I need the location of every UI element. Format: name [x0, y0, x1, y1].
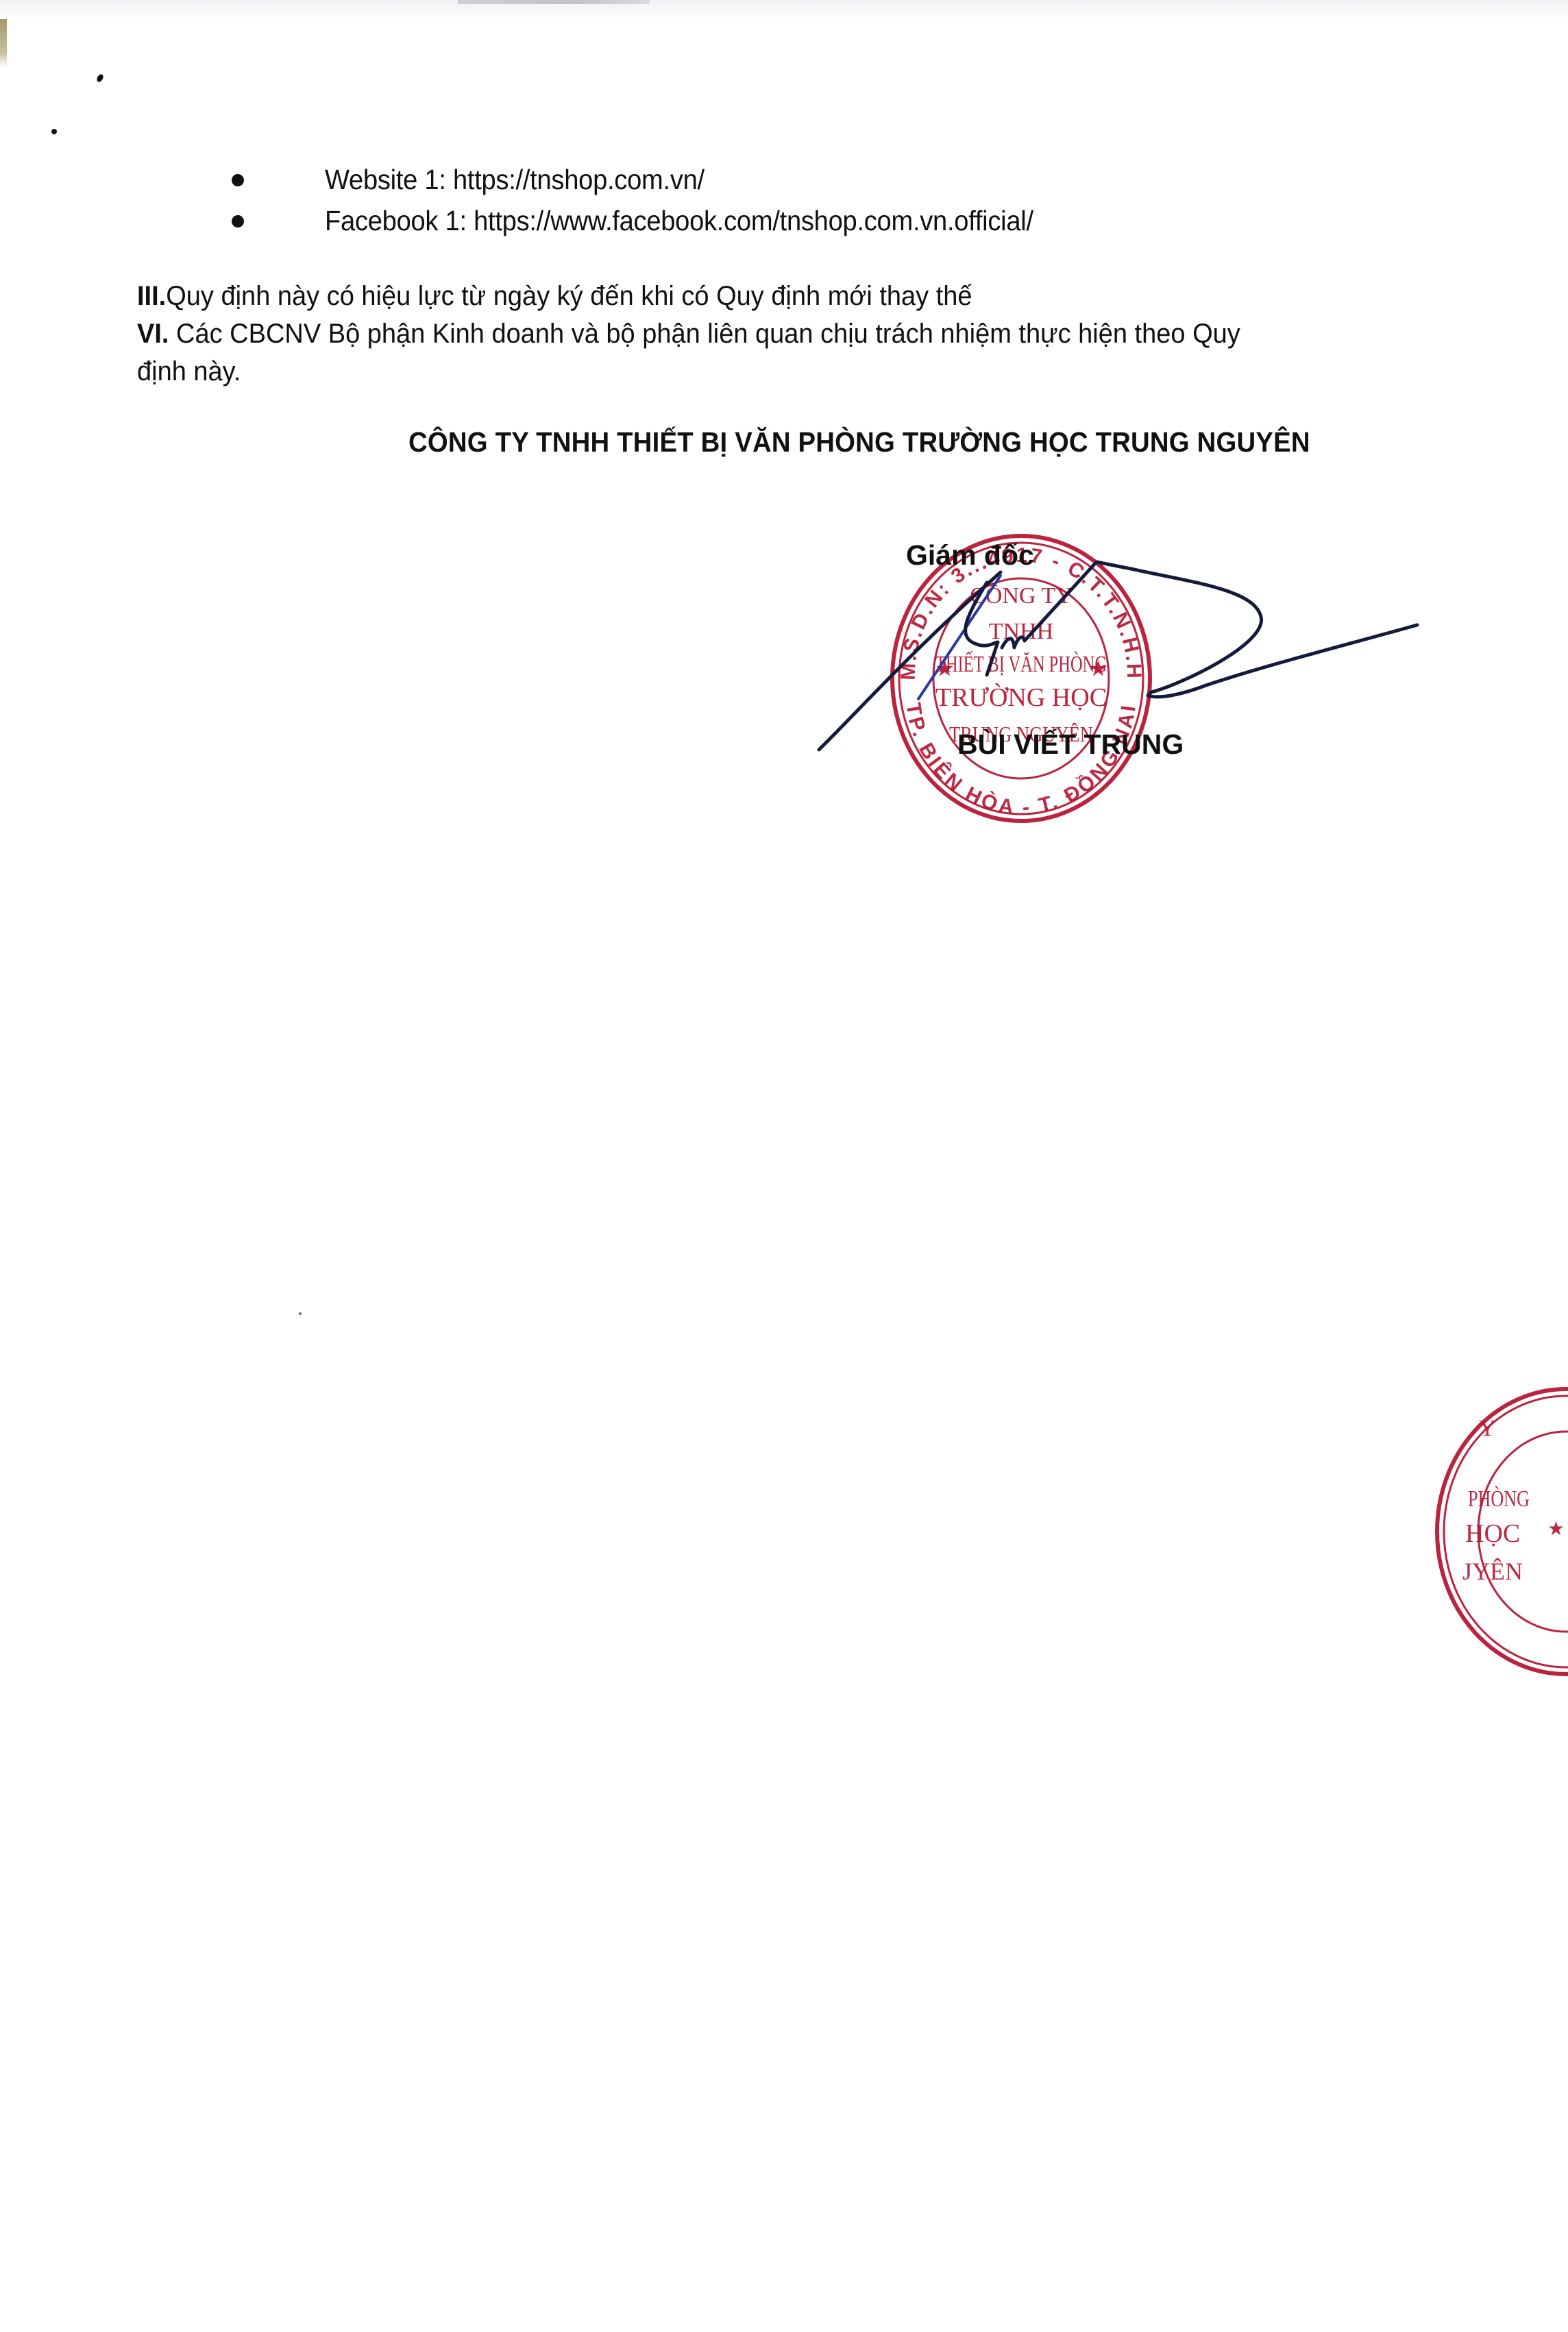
signatory-name: BÙI VIẾT TRUNG [957, 728, 1184, 761]
svg-text:THIẾT BỊ VĂN PHÒNG: THIẾT BỊ VĂN PHÒNG [935, 651, 1107, 677]
svg-text:TNHH: TNHH [989, 619, 1053, 644]
svg-text:HỌC: HỌC [1465, 1519, 1520, 1548]
svg-text:Y: Y [1479, 1416, 1496, 1441]
stamp-and-signature-layer: M.S.D.N: 3...4917 - C.T.T.N.H.H TP. BIÊN… [0, 0, 1568, 2332]
svg-text:TRƯỜNG HỌC: TRƯỜNG HỌC [935, 683, 1107, 712]
svg-text:PHÒNG: PHÒNG [1468, 1486, 1530, 1512]
svg-text:★: ★ [1547, 1518, 1565, 1539]
partial-stamp-text: Y PHÒNG HỌC JYÊN ★ [1462, 1416, 1565, 1585]
svg-text:JYÊN: JYÊN [1462, 1558, 1523, 1585]
signatory-title: Giám đốc [906, 539, 1034, 572]
